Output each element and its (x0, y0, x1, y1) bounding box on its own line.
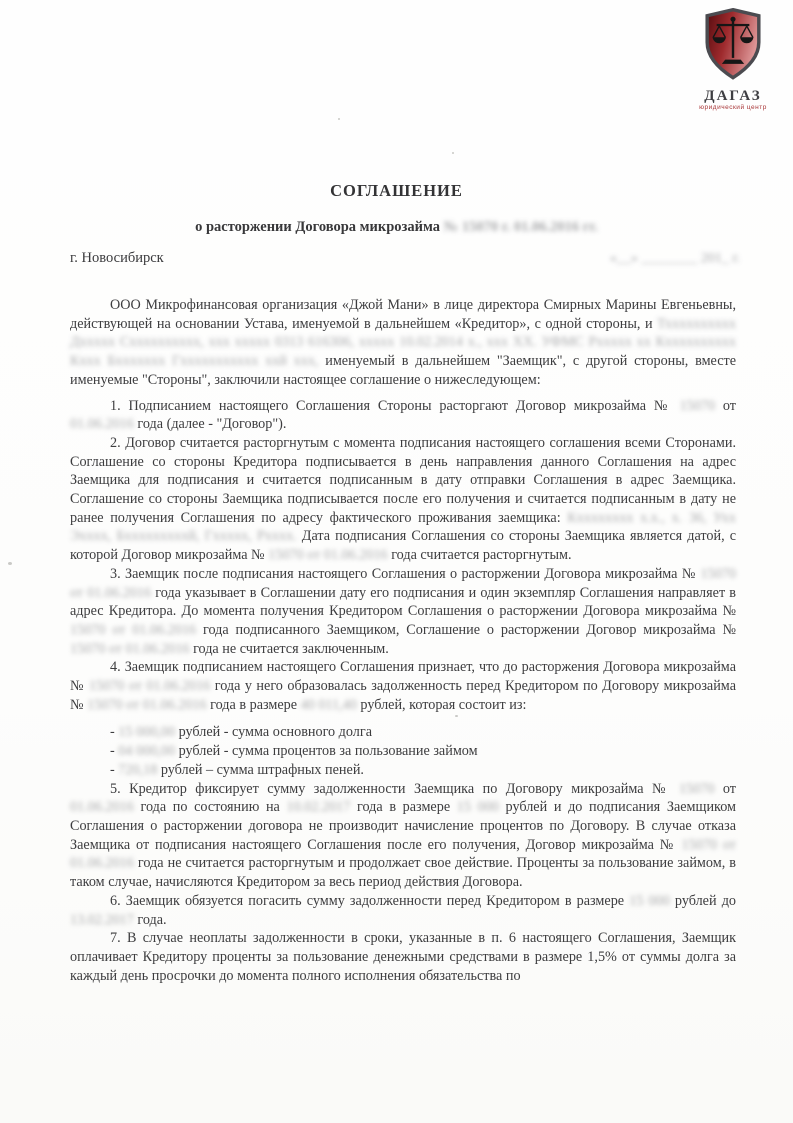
document-body: ООО Микрофинансовая организация «Джой Ма… (70, 296, 736, 985)
redacted-text: 720,18 (118, 762, 157, 778)
text-segment: года. (134, 912, 167, 928)
text-segment: года указывает в Соглашении дату его под… (70, 585, 736, 620)
redacted-text: «__» ________ 201_ г. (610, 251, 740, 266)
redacted-text: 15070 от 01.06.2016 (268, 547, 388, 563)
document-subtitle: о расторжении Договора микрозайма № 1507… (0, 219, 793, 236)
redacted-text: 15 000 (457, 799, 499, 815)
text-segment: от (715, 398, 736, 414)
clause-6: 6. Заемщик обязуется погасить сумму задо… (70, 892, 736, 929)
text-segment: года не считается расторгнутым и продолж… (70, 855, 736, 890)
debt-item-penalties: - 720,18 рублей – сумма штрафных пеней. (70, 761, 736, 780)
preamble: ООО Микрофинансовая организация «Джой Ма… (70, 296, 736, 390)
scan-speck (338, 118, 340, 120)
text-segment: рублей – сумма штрафных пеней. (157, 762, 364, 778)
redacted-text: 13.02.2017 (70, 912, 134, 928)
text-segment: от (714, 781, 736, 797)
debt-item-principal: - 15 000,00 рублей - сумма основного дол… (70, 723, 736, 742)
dagaz-logo: ДАГАЗ юридический центр (687, 8, 779, 111)
logo-brand-text: ДАГАЗ (704, 88, 761, 105)
clause-3: 3. Заемщик после подписания настоящего С… (70, 565, 736, 659)
debt-item-interest: - 04 000,00 рублей - сумма процентов за … (70, 742, 736, 761)
text-segment: о расторжении Договора микрозайма (195, 219, 444, 235)
document-date: «__» ________ 201_ г. (610, 251, 740, 267)
clause-5: 5. Кредитор фиксирует сумму задолженност… (70, 780, 736, 892)
text-segment: 1. Подписанием настоящего Соглашения Сто… (110, 398, 680, 414)
text-segment: года в размере (350, 799, 456, 815)
scales-shield-icon (702, 8, 764, 87)
redacted-text: 15070 от 01.06.2016 (87, 697, 207, 713)
clause-1: 1. Подписанием настоящего Соглашения Сто… (70, 397, 736, 434)
redacted-text: 15070 (680, 398, 715, 414)
text-segment: рублей, которая состоит из: (357, 697, 527, 713)
redacted-text: 01.06.2016 (70, 799, 134, 815)
text-segment: 5. Кредитор фиксирует сумму задолженност… (110, 781, 679, 797)
logo-tagline-text: юридический центр (699, 104, 767, 111)
redacted-text: 15070 (679, 781, 714, 797)
redacted-text: 15 000 (629, 893, 670, 909)
text-segment: 3. Заемщик после подписания настоящего С… (110, 566, 701, 582)
text-segment: года подписанного Заемщиком, Соглашение … (196, 622, 736, 638)
redacted-text: 15 000,00 (118, 724, 175, 740)
redacted-text: 01.06.2016 (70, 416, 134, 432)
redacted-text: 15070 от 01.06.2016 (70, 641, 190, 657)
city-label: г. Новосибирск (70, 250, 164, 267)
city-date-line: г. Новосибирск «__» ________ 201_ г. (70, 250, 740, 267)
redacted-text: 15070 от 01.06.2016 (89, 678, 210, 694)
clause-7: 7. В случае неоплаты задолженности в сро… (70, 929, 736, 985)
text-segment: года не считается заключенным. (190, 641, 389, 657)
redacted-text: 15070 от 01.06.2016 (70, 622, 196, 638)
text-segment: рублей до (670, 893, 736, 909)
redacted-text: 40 011,40 (301, 697, 357, 713)
text-segment: рублей - сумма процентов за пользование … (175, 743, 478, 759)
text-segment: года в размере (207, 697, 301, 713)
text-segment: 6. Заемщик обязуется погасить сумму задо… (110, 893, 629, 909)
text-segment: года по состоянию на (134, 799, 287, 815)
clause-2: 2. Договор считается расторгнутым с моме… (70, 434, 736, 565)
text-segment: ООО Микрофинансовая организация «Джой Ма… (70, 297, 736, 332)
redacted-text: № 15070 г. 01.06.2016 гг. (444, 219, 598, 235)
document-title: СОГЛАШЕНИЕ (0, 181, 793, 201)
scanned-page: ДАГАЗ юридический центр СОГЛАШЕНИЕ о рас… (0, 0, 793, 1123)
clause-4: 4. Заемщик подписанием настоящего Соглаш… (70, 658, 736, 714)
text-segment: рублей - сумма основного долга (175, 724, 372, 740)
scan-speck (8, 562, 12, 565)
redacted-text: 04 000,00 (118, 743, 175, 759)
redacted-text: 10.02.2017 (287, 799, 351, 815)
scan-speck (452, 152, 454, 154)
text-segment: года (далее - "Договор"). (134, 416, 287, 432)
text-segment: 7. В случае неоплаты задолженности в сро… (70, 930, 736, 983)
text-segment: года считается расторгнутым. (388, 547, 572, 563)
